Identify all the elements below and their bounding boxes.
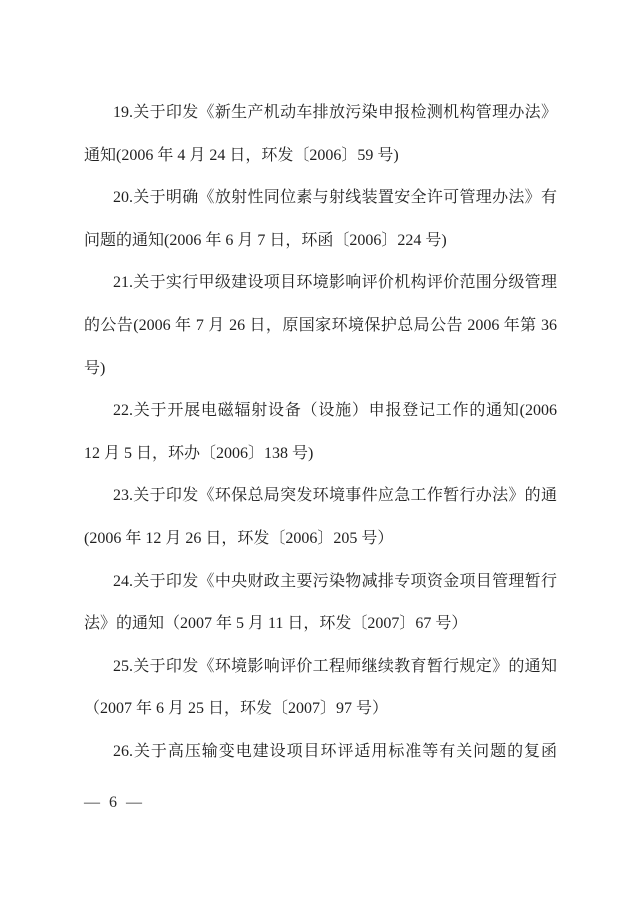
text-line: 20.关于明确《放射性同位素与射线装置安全许可管理办法》有关: [84, 177, 557, 220]
text-line: 23.关于印发《环保总局突发环境事件应急工作暂行办法》的通知: [84, 475, 557, 518]
text-line: 的公告(2006 年 7 月 26 日，原国家环境保护总局公告 2006 年第 …: [84, 305, 557, 348]
text-line: 22.关于开展电磁辐射设备（设施）申报登记工作的通知(2006 年: [84, 390, 557, 433]
page-number: — 6 —: [84, 792, 142, 814]
text-line: 21.关于实行甲级建设项目环境影响评价机构评价范围分级管理: [84, 262, 557, 305]
text-line: 25.关于印发《环境影响评价工程师继续教育暂行规定》的通知: [84, 646, 557, 689]
text-line: 12 月 5 日，环办〔2006〕138 号): [84, 433, 557, 476]
text-line: (2006 年 12 月 26 日，环发〔2006〕205 号）: [84, 518, 557, 561]
text-line: 通知(2006 年 4 月 24 日，环发〔2006〕59 号): [84, 135, 557, 178]
text-line: 26.关于高压输变电建设项目环评适用标准等有关问题的复函: [84, 731, 557, 774]
text-line: （2007 年 6 月 25 日，环发〔2007〕97 号）: [84, 688, 557, 731]
document-page: 19.关于印发《新生产机动车排放污染申报检测机构管理办法》的 通知(2006 年…: [0, 0, 640, 905]
text-line: 19.关于印发《新生产机动车排放污染申报检测机构管理办法》的: [84, 92, 557, 135]
text-line: 24.关于印发《中央财政主要污染物减排专项资金项目管理暂行办: [84, 561, 557, 604]
list-container: 19.关于印发《新生产机动车排放污染申报检测机构管理办法》的 通知(2006 年…: [84, 92, 557, 774]
text-line: 问题的通知(2006 年 6 月 7 日，环函〔2006〕224 号): [84, 220, 557, 263]
text-line: 号): [84, 348, 557, 391]
text-line: 法》的通知（2007 年 5 月 11 日，环发〔2007〕67 号）: [84, 603, 557, 646]
